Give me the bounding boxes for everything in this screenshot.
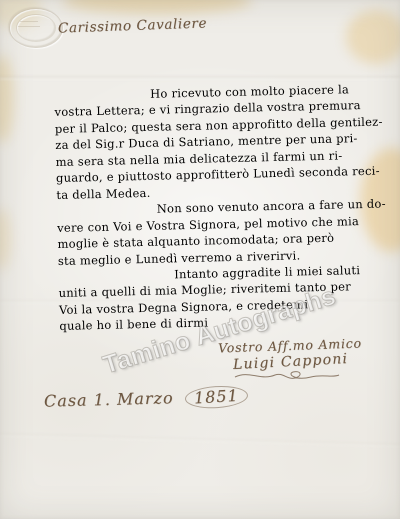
fold-crease-top (0, 76, 400, 80)
dateline-year-circled: 1851 (184, 384, 248, 410)
stain-top-right (346, 10, 400, 64)
letter-photo: Carissimo Cavaliere Ho ricevuto con molt… (0, 0, 400, 519)
dateline-place-date: Casa 1. Marzo (44, 388, 174, 410)
letter-body: Ho ricevuto con molto piacere la vostra … (54, 80, 400, 334)
embossed-seal-detail (20, 21, 38, 22)
embossed-seal-icon (9, 8, 63, 48)
embossed-seal-detail (18, 26, 40, 27)
signature-flourish-icon (231, 368, 343, 384)
embossed-seal-inner-oval (16, 14, 56, 42)
